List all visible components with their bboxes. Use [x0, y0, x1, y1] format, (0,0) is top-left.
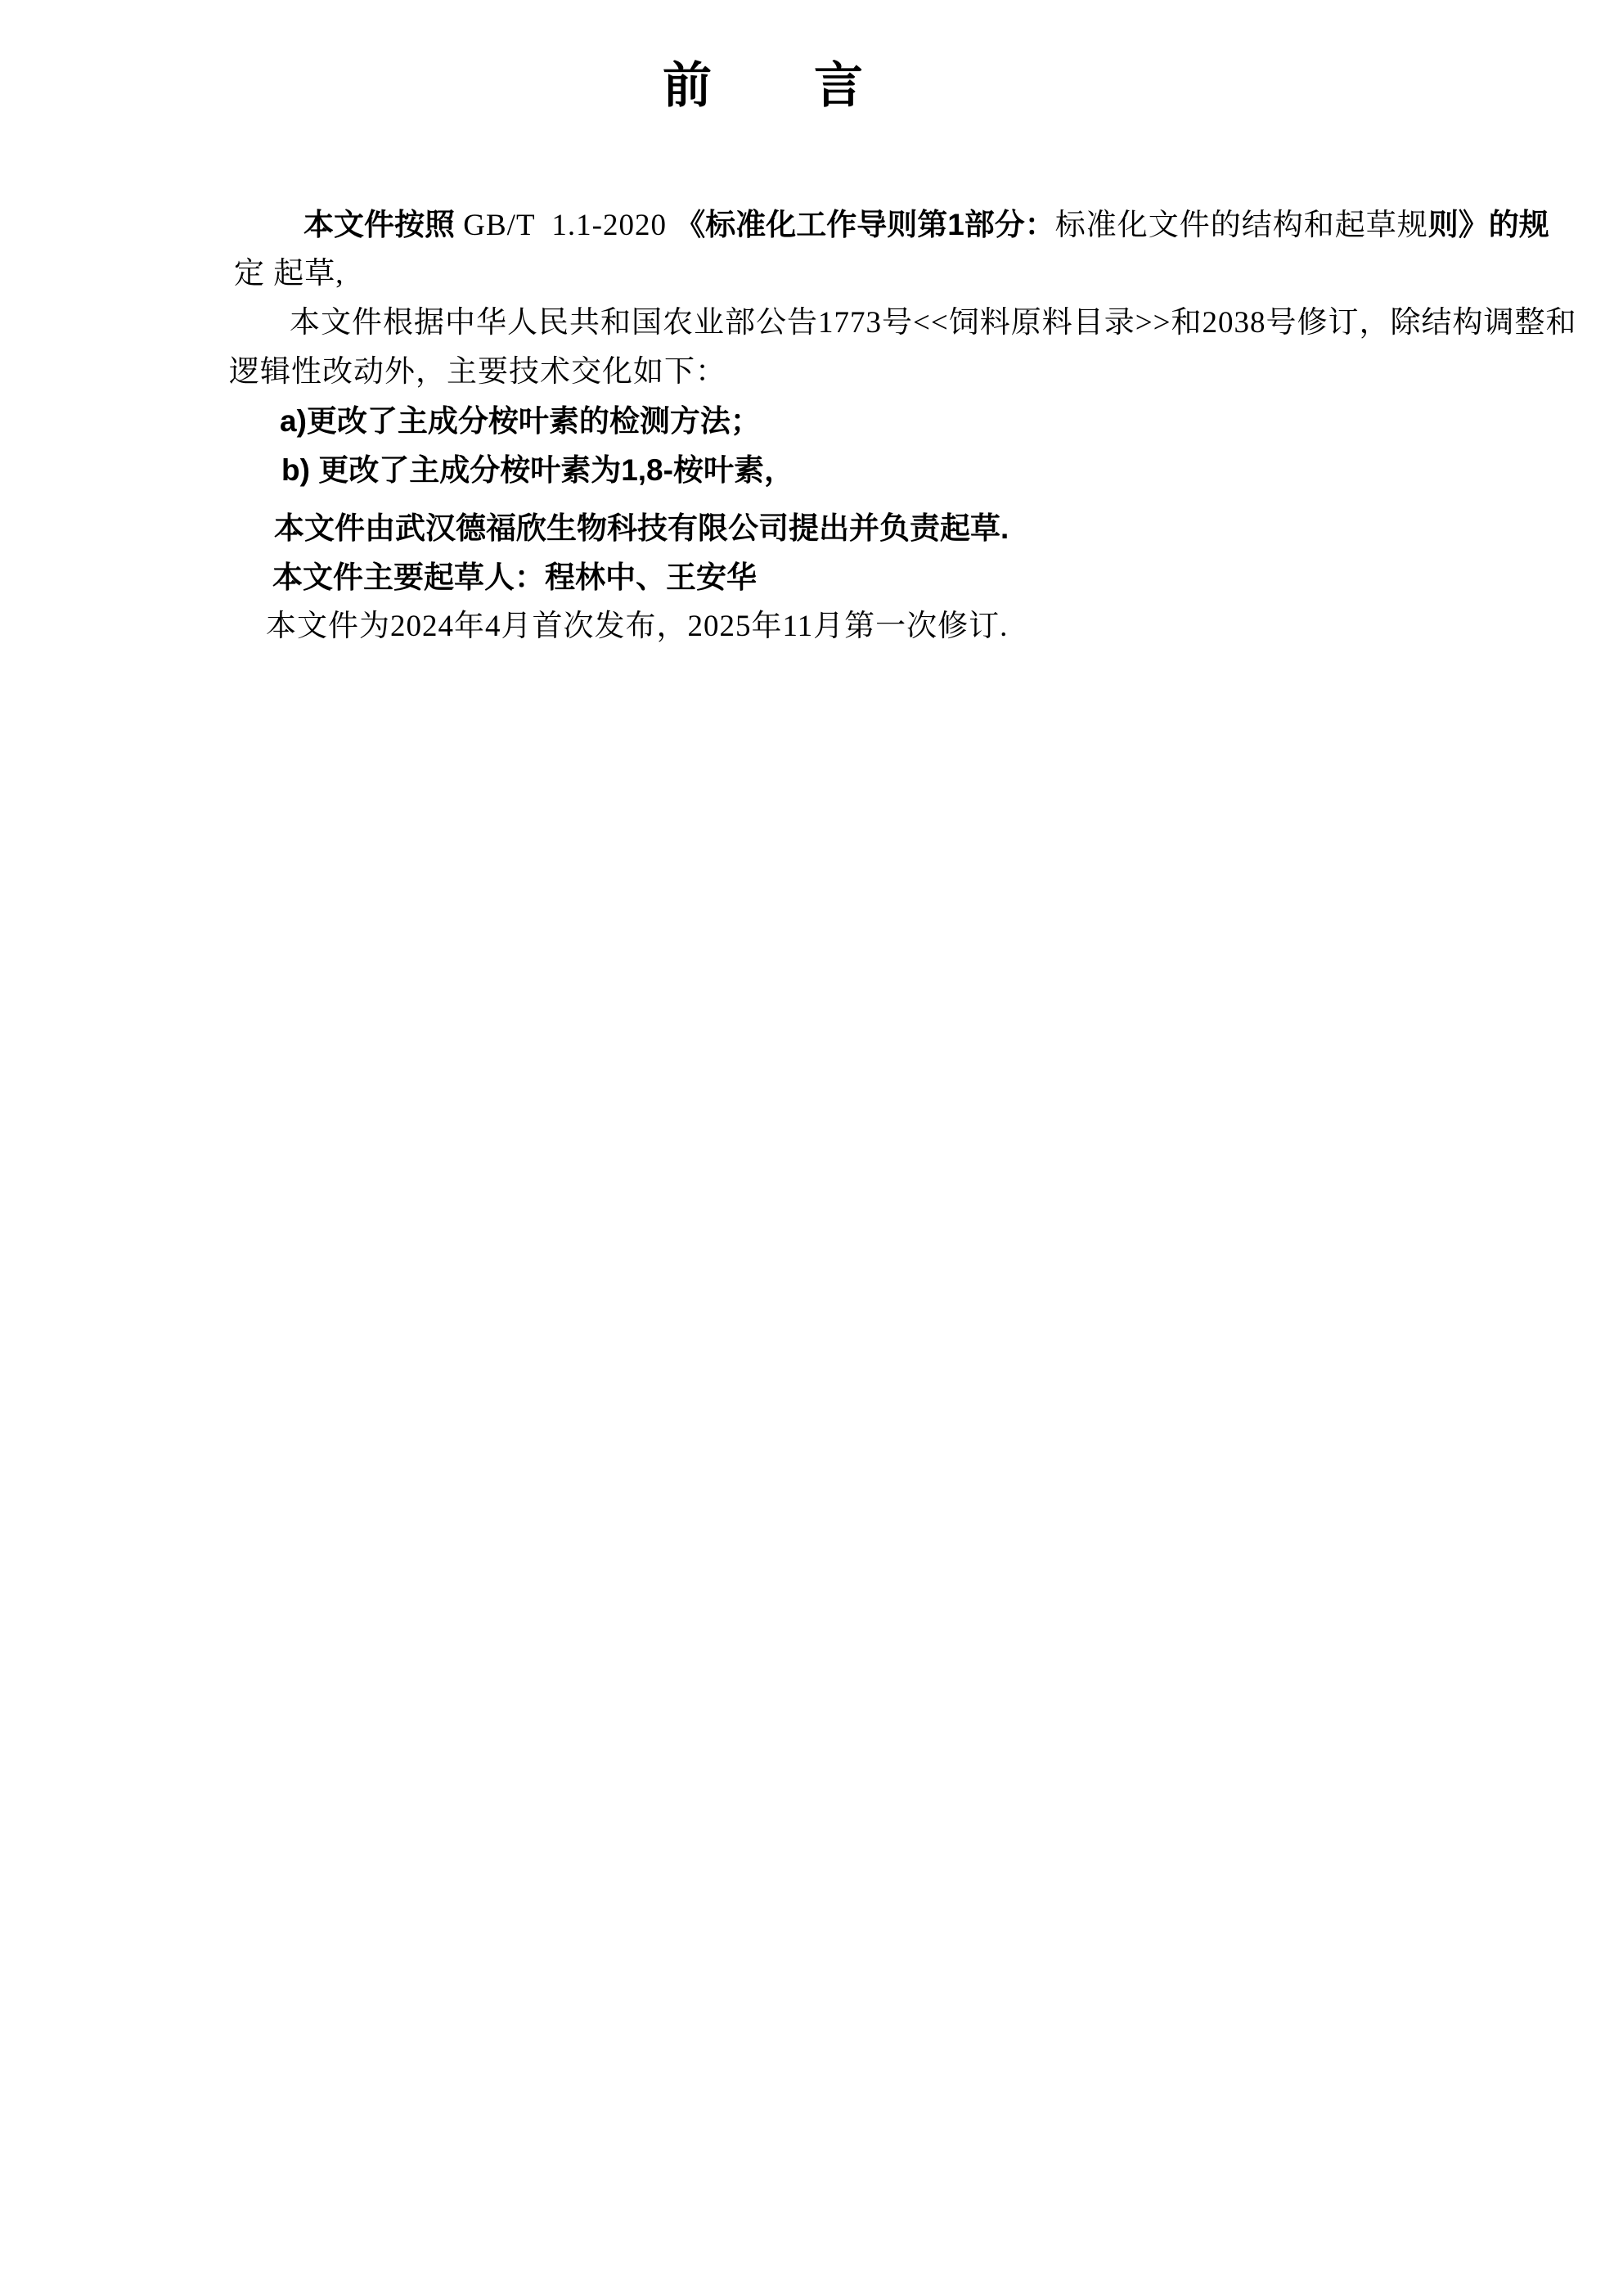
foreword-revision-line-2: 逻辑性改动外，主要技术交化如下： [0, 348, 1623, 397]
change-item-b: b) 更改了主成分桉叶素为1,8-桉叶素， [0, 446, 1623, 495]
foreword-basis-line-1: 本文件按照 GB/T 1.1-2020 《标准化工作导则第1部分：标准化文件的结… [0, 200, 1623, 250]
page-title: 前言 [663, 59, 863, 113]
publication-history-line: 本文件为2024年4月首次发布，2025年11月第一次修订. [0, 602, 1623, 651]
standard-title-serif-text: 标准化文件的结构和起草规 [1055, 209, 1428, 242]
document-page: 前言 本文件按照 GB/T 1.1-2020 《标准化工作导则第1部分：标准化文… [0, 0, 1623, 2296]
foreword-body: 本文件按照 GB/T 1.1-2020 《标准化工作导则第1部分：标准化文件的结… [0, 200, 1623, 651]
basis-intro-text: 本文件按照 [303, 208, 463, 241]
foreword-basis-line-2: 定 起草, [0, 250, 1623, 299]
drafters-line: 本文件主要起草人：程林中、王安华 [0, 553, 1623, 602]
change-item-a: a)更改了主成分桉叶素的检测方法； [0, 397, 1623, 446]
title-char-qian: 前 [663, 58, 712, 113]
standard-title-end-text: 则》的规 [1428, 208, 1549, 241]
title-char-yan: 言 [814, 58, 863, 113]
foreword-revision-line-1: 本文件根据中华人民共和国农业部公告1773号<<饲料原料目录>>和2038号修订… [0, 299, 1623, 348]
standard-title-bold-text: 《标准化工作导则第1部分： [675, 208, 1055, 241]
standard-number-text: GB/T 1.1-2020 [463, 209, 675, 242]
proposer-line: 本文件由武汉德福欣生物科技有限公司提出并负责起草. [0, 504, 1623, 553]
